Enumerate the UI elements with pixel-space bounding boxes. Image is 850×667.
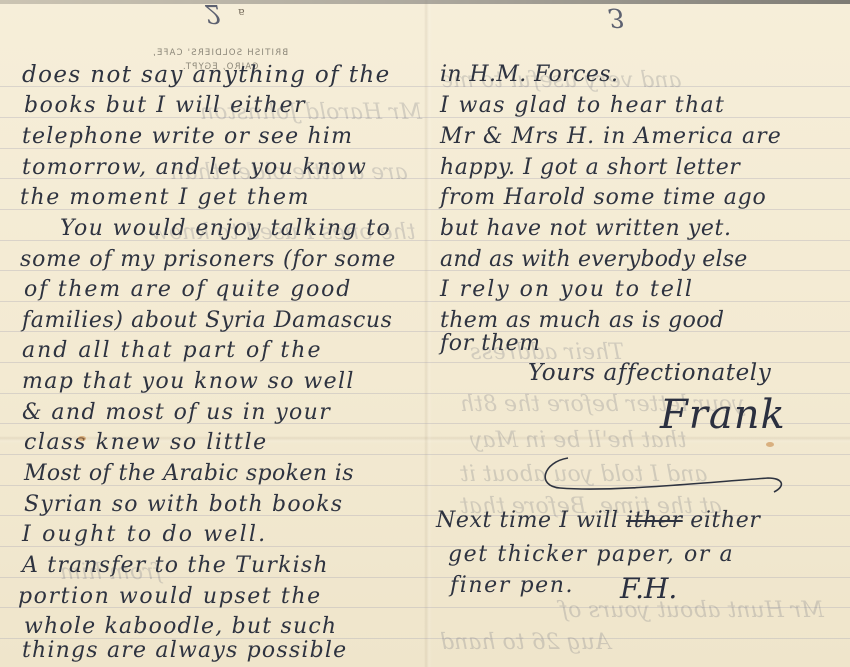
letter-line: Mr & Mrs H. in America are	[440, 126, 782, 148]
letter-line: Most of the Arabic spoken is	[24, 463, 354, 485]
page-number-left: 2	[205, 0, 222, 28]
signature: Frank	[660, 392, 786, 438]
postscript-line-3: finer pen.	[450, 575, 574, 597]
letter-line: class knew so little	[24, 432, 268, 454]
letter-line: and as with everybody else	[440, 249, 747, 271]
letter-line: You would enjoy talking to	[60, 218, 391, 240]
letter-line: portion would upset the	[18, 586, 322, 608]
letter-line: and all that part of the	[22, 340, 322, 362]
letter-line: families) about Syria Damascus	[22, 310, 393, 332]
letter-line: telephone write or see him	[22, 126, 353, 148]
postscript-line-1: Next time I will ither either	[436, 510, 760, 532]
page-number-right: 3	[608, 2, 625, 32]
page-number-mark: a	[238, 6, 245, 19]
letter-line: & and most of us in your	[22, 402, 331, 424]
letter-line: in H.M. Forces.	[440, 64, 618, 86]
letter-sheet: and very useful to me Mr Harold Johnston…	[0, 0, 850, 667]
letter-line: the moment I get them	[20, 187, 310, 209]
letter-line: I was glad to hear that	[440, 95, 725, 117]
letter-line: does not say anything of the	[22, 64, 391, 87]
signature-flourish-icon	[538, 448, 788, 498]
letter-closing: Yours affectionately	[528, 362, 771, 385]
ink-stain	[766, 442, 774, 447]
letter-line: some of my prisoners (for some	[20, 249, 396, 271]
letter-line: things are always possible	[22, 640, 347, 662]
postscript-line-2: get thicker paper, or a	[448, 544, 734, 566]
letter-line: from Harold some time ago	[440, 187, 767, 209]
letter-line: books but I will either	[24, 95, 306, 117]
letter-line: Syrian so with both books	[24, 494, 343, 516]
letter-line: happy. I got a short letter	[440, 157, 740, 179]
letter-line: A transfer to the Turkish	[22, 555, 329, 577]
initials: F.H.	[620, 572, 677, 605]
left-page: 2 a BRITISH SOLDIERS' CAFE, CAIRO, EGYPT…	[0, 0, 426, 667]
letter-line: I ought to do well.	[22, 524, 267, 546]
letter-line: map that you know so well	[22, 371, 355, 393]
letter-line: I rely on you to tell	[440, 279, 694, 301]
letterhead-line-1: BRITISH SOLDIERS' CAFE,	[120, 48, 320, 58]
postscript-text: either	[683, 508, 761, 533]
ink-stain	[78, 436, 86, 441]
right-page: 3 in H.M. Forces. I was glad to hear tha…	[428, 0, 850, 667]
postscript-text: Next time I will	[436, 508, 626, 533]
letter-line: them as much as is good	[440, 310, 724, 332]
letter-line: tomorrow, and let you know	[22, 157, 367, 179]
letter-line: for them	[440, 333, 541, 355]
letter-line: of them are of quite good	[24, 279, 352, 301]
letter-line: but have not written yet.	[440, 218, 732, 240]
struck-word: ither	[626, 508, 683, 533]
letter-line: whole kaboodle, but such	[24, 616, 337, 638]
